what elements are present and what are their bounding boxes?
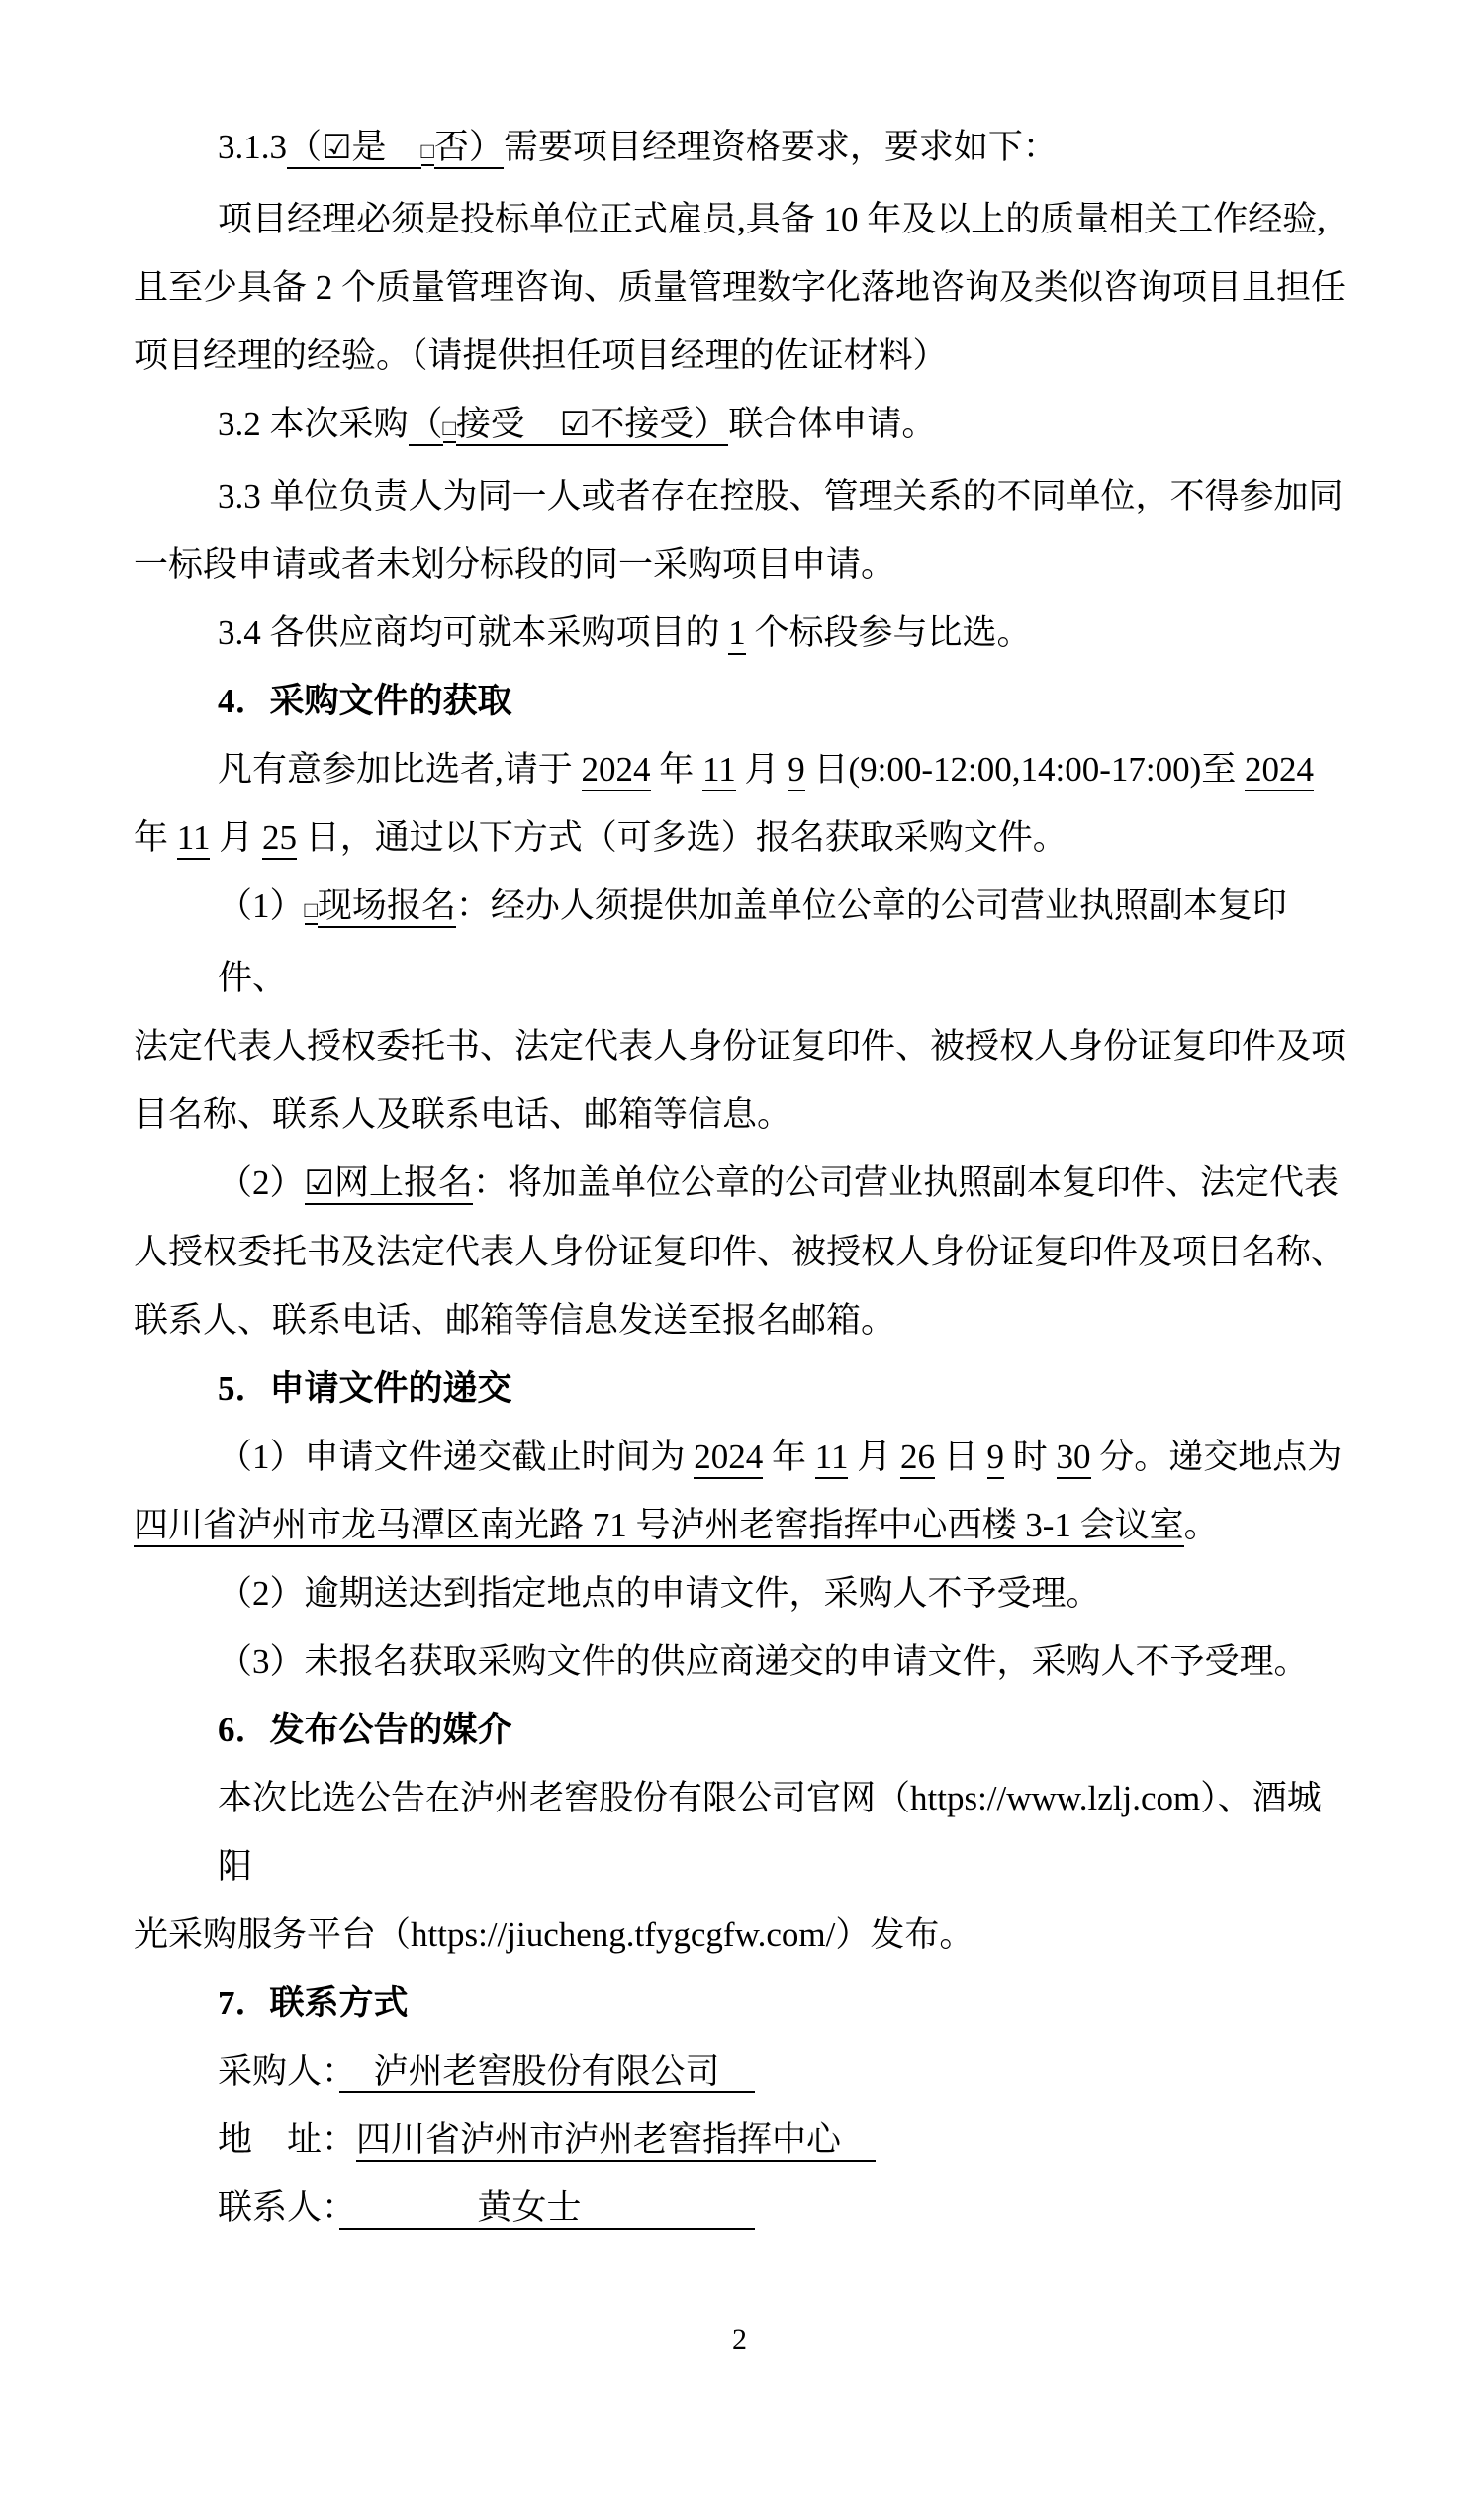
document-body: 3.1.3（☑是 □否）需要项目经理资格要求，要求如下：项目经理必须是投标单位正… — [134, 113, 1345, 2242]
underlined-text: 不接受） — [590, 405, 728, 446]
doc-line: 凡有意参加比选者,请于 2024 年 11 月 9 日(9:00-12:00,1… — [134, 735, 1345, 803]
text-run: （2）逾期送达到指定地点的申请文件，采购人不予受理。 — [218, 1574, 1101, 1613]
doc-line: （3）未报名获取采购文件的供应商递交的申请文件，采购人不予受理。 — [134, 1627, 1345, 1696]
underlined-text: 2024 — [694, 1438, 763, 1479]
text-run: （3）未报名获取采购文件的供应商递交的申请文件，采购人不予受理。 — [218, 1642, 1309, 1681]
text-run: 3.4 各供应商均可就本采购项目的 — [218, 613, 728, 652]
doc-line: 法定代表人授权委托书、法定代表人身份证复印件、被授权人身份证复印件及项 — [134, 1012, 1345, 1080]
underlined-text: 现场报名 — [318, 886, 456, 928]
section-heading: 4．采购文件的获取 — [134, 667, 1345, 735]
text-run: 凡有意参加比选者,请于 — [218, 750, 582, 789]
doc-line: 3.4 各供应商均可就本采购项目的 1 个标段参与比选。 — [134, 599, 1345, 667]
doc-line: 项目经理的经验。（请提供担任项目经理的佐证材料） — [134, 322, 1345, 390]
text-run: 时 — [1004, 1438, 1057, 1476]
doc-line: 目名称、联系人及联系电话、邮箱等信息。 — [134, 1080, 1345, 1149]
underlined-text: 9 — [788, 750, 805, 791]
checkbox-checked-icon: ☑ — [305, 1165, 334, 1205]
underlined-text: 11 — [177, 818, 211, 860]
text-run: 联系人： — [218, 2188, 339, 2227]
text-run: 项目经理必须是投标单位正式雇员,具备 10 年及以上的质量相关工作经验, — [218, 200, 1326, 238]
text-run: 3.2 本次采购 — [218, 405, 409, 443]
underlined-text: 2024 — [582, 750, 651, 791]
text-run: 日 — [935, 1438, 987, 1476]
text-run: 6．发布公告的媒介 — [218, 1711, 512, 1749]
doc-line: 人授权委托书及法定代表人身份证复印件、被授权人身份证复印件及项目名称、 — [134, 1218, 1345, 1286]
checkbox-checked-icon: ☑ — [560, 407, 590, 446]
underlined-text: 25 — [262, 818, 297, 860]
text-run: 日，通过以下方式（可多选）报名获取采购文件。 — [297, 818, 1067, 857]
text-run: 年 — [763, 1438, 815, 1476]
text-run: 7．联系方式 — [218, 1984, 409, 2022]
underlined-text: 11 — [815, 1438, 849, 1479]
text-run: 一标段申请或者未划分标段的同一采购项目申请。 — [134, 545, 895, 584]
text-run: 日(9:00-12:00,14:00-17:00)至 — [805, 750, 1245, 789]
doc-line: 项目经理必须是投标单位正式雇员,具备 10 年及以上的质量相关工作经验, — [134, 185, 1345, 253]
underlined-text: 泸州老窖股份有限公司 — [339, 2052, 755, 2093]
text-run: 法定代表人授权委托书、法定代表人身份证复印件、被授权人身份证复印件及项 — [134, 1027, 1345, 1066]
text-run: 4．采购文件的获取 — [218, 682, 512, 720]
text-run: 月 — [210, 818, 262, 857]
underlined-text: （ — [287, 128, 322, 169]
underlined-text: （ — [409, 405, 443, 446]
doc-line: 年 11 月 25 日，通过以下方式（可多选）报名获取采购文件。 — [134, 803, 1345, 872]
section-heading: 6．发布公告的媒介 — [134, 1696, 1345, 1764]
text-run: 本次比选公告在泸州老窖股份有限公司官网（https://www.lzlj.com… — [218, 1779, 1322, 1886]
text-run: 。 — [1184, 1506, 1219, 1544]
doc-line: 采购人： 泸州老窖股份有限公司 — [134, 2037, 1345, 2105]
underlined-text: 否） — [434, 128, 504, 169]
doc-line: 一标段申请或者未划分标段的同一采购项目申请。 — [134, 530, 1345, 599]
underlined-text: 2024 — [1245, 750, 1314, 791]
text-run: 项目经理的经验。（请提供担任项目经理的佐证材料） — [134, 336, 948, 375]
text-run: 需要项目经理资格要求，要求如下： — [504, 128, 1058, 166]
text-run: （2） — [218, 1163, 305, 1202]
text-run: 人授权委托书及法定代表人身份证复印件、被授权人身份证复印件及项目名称、 — [134, 1233, 1345, 1271]
doc-line: 四川省泸州市龙马潭区南光路 71 号泸州老窖指挥中心西楼 3-1 会议室。 — [134, 1491, 1345, 1559]
doc-line: 地 址：四川省泸州市泸州老窖指挥中心 — [134, 2105, 1345, 2174]
underlined-text: 26 — [900, 1438, 935, 1479]
text-run: 采购人： — [218, 2052, 339, 2090]
section-heading: 5．申请文件的递交 — [134, 1354, 1345, 1423]
underlined-text: 是 — [352, 128, 421, 169]
checkbox-checked-icon: ☑ — [322, 130, 351, 169]
doc-line: （1）申请文件递交截止时间为 2024 年 11 月 26 日 9 时 30 分… — [134, 1423, 1345, 1491]
doc-line: 且至少具备 2 个质量管理咨询、质量管理数字化落地咨询及类似咨询项目且担任 — [134, 253, 1345, 322]
underlined-text: 11 — [702, 750, 736, 791]
doc-line: （2）逾期送达到指定地点的申请文件，采购人不予受理。 — [134, 1559, 1345, 1627]
doc-line: 光采购服务平台（https://jiucheng.tfygcgfw.com/）发… — [134, 1901, 1345, 1969]
text-run: （1） — [218, 886, 305, 925]
doc-line: 3.1.3（☑是 □否）需要项目经理资格要求，要求如下： — [134, 113, 1345, 185]
text-run: 联系人、联系电话、邮箱等信息发送至报名邮箱。 — [134, 1301, 895, 1340]
page-number: 2 — [134, 2305, 1345, 2373]
text-run: 月 — [848, 1438, 900, 1476]
checkbox-unchecked-icon: □ — [443, 416, 456, 443]
text-run: 目名称、联系人及联系电话、邮箱等信息。 — [134, 1095, 791, 1134]
doc-line: 联系人： 黄女士 — [134, 2174, 1345, 2242]
underlined-text: 四川省泸州市泸州老窖指挥中心 — [356, 2120, 876, 2162]
text-run: 3.1.3 — [218, 128, 287, 166]
text-run: 年 — [134, 818, 177, 857]
text-run: 5．申请文件的递交 — [218, 1369, 512, 1408]
doc-line: 3.2 本次采购（□接受 ☑不接受）联合体申请。 — [134, 390, 1345, 462]
underlined-text: 黄女士 — [339, 2188, 755, 2230]
doc-line: 3.3 单位负责人为同一人或者存在控股、管理关系的不同单位，不得参加同 — [134, 462, 1345, 530]
text-run: （1）申请文件递交截止时间为 — [218, 1438, 694, 1476]
underlined-text: 网上报名 — [334, 1163, 473, 1205]
text-run: 年 — [651, 750, 703, 789]
section-heading: 7．联系方式 — [134, 1969, 1345, 2037]
underlined-text: 接受 — [456, 405, 560, 446]
doc-line: （1）□现场报名：经办人须提供加盖单位公章的公司营业执照副本复印件、 — [134, 872, 1345, 1012]
checkbox-unchecked-icon: □ — [305, 897, 318, 925]
underlined-text: 9 — [987, 1438, 1005, 1479]
document-page: 3.1.3（☑是 □否）需要项目经理资格要求，要求如下：项目经理必须是投标单位正… — [0, 0, 1484, 2508]
doc-line: （2）☑网上报名：将加盖单位公章的公司营业执照副本复印件、法定代表 — [134, 1149, 1345, 1218]
text-run: 个标段参与比选。 — [746, 613, 1032, 652]
text-run: 联合体申请。 — [728, 405, 936, 443]
text-run: 月 — [736, 750, 788, 789]
doc-line: 联系人、联系电话、邮箱等信息发送至报名邮箱。 — [134, 1286, 1345, 1354]
checkbox-unchecked-icon: □ — [421, 139, 434, 166]
underlined-text: 1 — [728, 613, 746, 655]
text-run: 且至少具备 2 个质量管理咨询、质量管理数字化落地咨询及类似咨询项目且担任 — [134, 268, 1345, 307]
text-run: 分。递交地点为 — [1091, 1438, 1343, 1476]
text-run: 3.3 单位负责人为同一人或者存在控股、管理关系的不同单位，不得参加同 — [218, 477, 1344, 515]
underlined-text: 四川省泸州市龙马潭区南光路 71 号泸州老窖指挥中心西楼 3-1 会议室 — [134, 1506, 1184, 1547]
text-run: 光采购服务平台（https://jiucheng.tfygcgfw.com/）发… — [134, 1915, 974, 1954]
doc-line: 本次比选公告在泸州老窖股份有限公司官网（https://www.lzlj.com… — [134, 1764, 1345, 1901]
text-run: 地 址： — [218, 2120, 356, 2159]
text-run: ：将加盖单位公章的公司营业执照副本复印件、法定代表 — [473, 1163, 1339, 1202]
underlined-text: 30 — [1057, 1438, 1091, 1479]
